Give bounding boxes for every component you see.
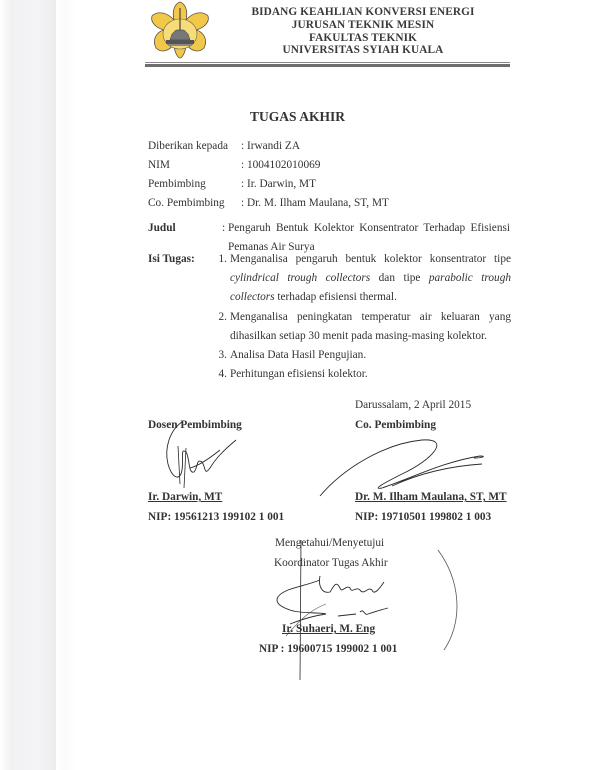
task-1-italic-b: parabolic trough — [429, 272, 511, 284]
header-line-1: BIDANG KEAHLIAN KONVERSI ENERGI — [218, 6, 508, 19]
task-3-line-1: Analisa Data Hasil Pengujian. — [230, 346, 511, 365]
info-label-nim: NIM — [148, 159, 170, 171]
task-2-number: 2. — [211, 308, 227, 327]
right-signature-icon — [312, 430, 512, 500]
task-3-number: 3. — [211, 346, 227, 365]
header-line-4: UNIVERSITAS SYIAH KUALA — [218, 44, 508, 57]
task-1-italic-c: collectors — [230, 291, 275, 303]
institution-header: BIDANG KEAHLIAN KONVERSI ENERGI JURUSAN … — [218, 6, 508, 57]
header-line-3: FAKULTAS TEKNIK — [218, 32, 508, 45]
header-line-2: JURUSAN TEKNIK MESIN — [218, 19, 508, 32]
info-value-recipient: : Irwandi ZA — [241, 140, 300, 152]
university-logo-icon — [146, 0, 214, 60]
task-1-line-3: collectors terhadap efisiensi thermal. — [230, 288, 511, 307]
task-2-line-1: Menganalisa peningkatan temperatur air k… — [230, 308, 511, 327]
coordinator-name: Ir. Suhaeri, M. Eng — [282, 623, 375, 635]
isi-tugas-label: Isi Tugas: — [148, 250, 195, 269]
info-label-advisor: Pembimbing — [148, 178, 206, 190]
left-signer-name: Ir. Darwin, MT — [148, 491, 222, 503]
info-value-co-advisor: : Dr. M. Ilham Maulana, ST, MT — [241, 197, 389, 209]
right-signer-nip: NIP: 19710501 199802 1 003 — [355, 511, 491, 523]
task-1-italic-a: cylindrical trough collectors — [230, 272, 370, 284]
info-label-co-advisor: Co. Pembimbing — [148, 197, 225, 209]
task-4-line-1: Perhitungan efisiensi kolektor. — [230, 365, 511, 384]
bottom-signature-icon — [260, 540, 470, 660]
judul-separator: : — [222, 222, 225, 234]
place-date: Darussalam, 2 April 2015 — [355, 399, 471, 411]
task-1-mid: dan tipe — [370, 272, 429, 284]
task-4-number: 4. — [211, 365, 227, 384]
left-signature-icon — [150, 418, 240, 493]
info-value-nim: : 1004102010069 — [241, 159, 320, 171]
right-signer-name: Dr. M. Ilham Maulana, ST, MT — [355, 491, 507, 503]
task-2-line-2: dihasilkan setiap 30 menit pada masing-m… — [230, 327, 511, 346]
header-rule-thin — [145, 62, 510, 63]
task-1-number: 1. — [211, 250, 227, 269]
task-1-line-1: Menganalisa pengaruh bentuk kolektor kon… — [230, 250, 511, 269]
info-value-advisor: : Ir. Darwin, MT — [241, 178, 316, 190]
coordinator-nip: NIP : 19600715 199002 1 001 — [259, 643, 397, 655]
task-1-rest: terhadap efisiensi thermal. — [275, 291, 397, 303]
header-rule-thick — [145, 64, 510, 67]
judul-line-1: Pengaruh Bentuk Kolektor Konsentrator Te… — [228, 219, 510, 238]
document-title: TUGAS AKHIR — [0, 109, 595, 125]
judul-label: Judul — [148, 222, 176, 234]
left-signer-nip: NIP: 19561213 199102 1 001 — [148, 511, 284, 523]
info-label-recipient: Diberikan kepada — [148, 140, 228, 152]
task-1-line-2: cylindrical trough collectors dan tipe p… — [230, 269, 511, 288]
